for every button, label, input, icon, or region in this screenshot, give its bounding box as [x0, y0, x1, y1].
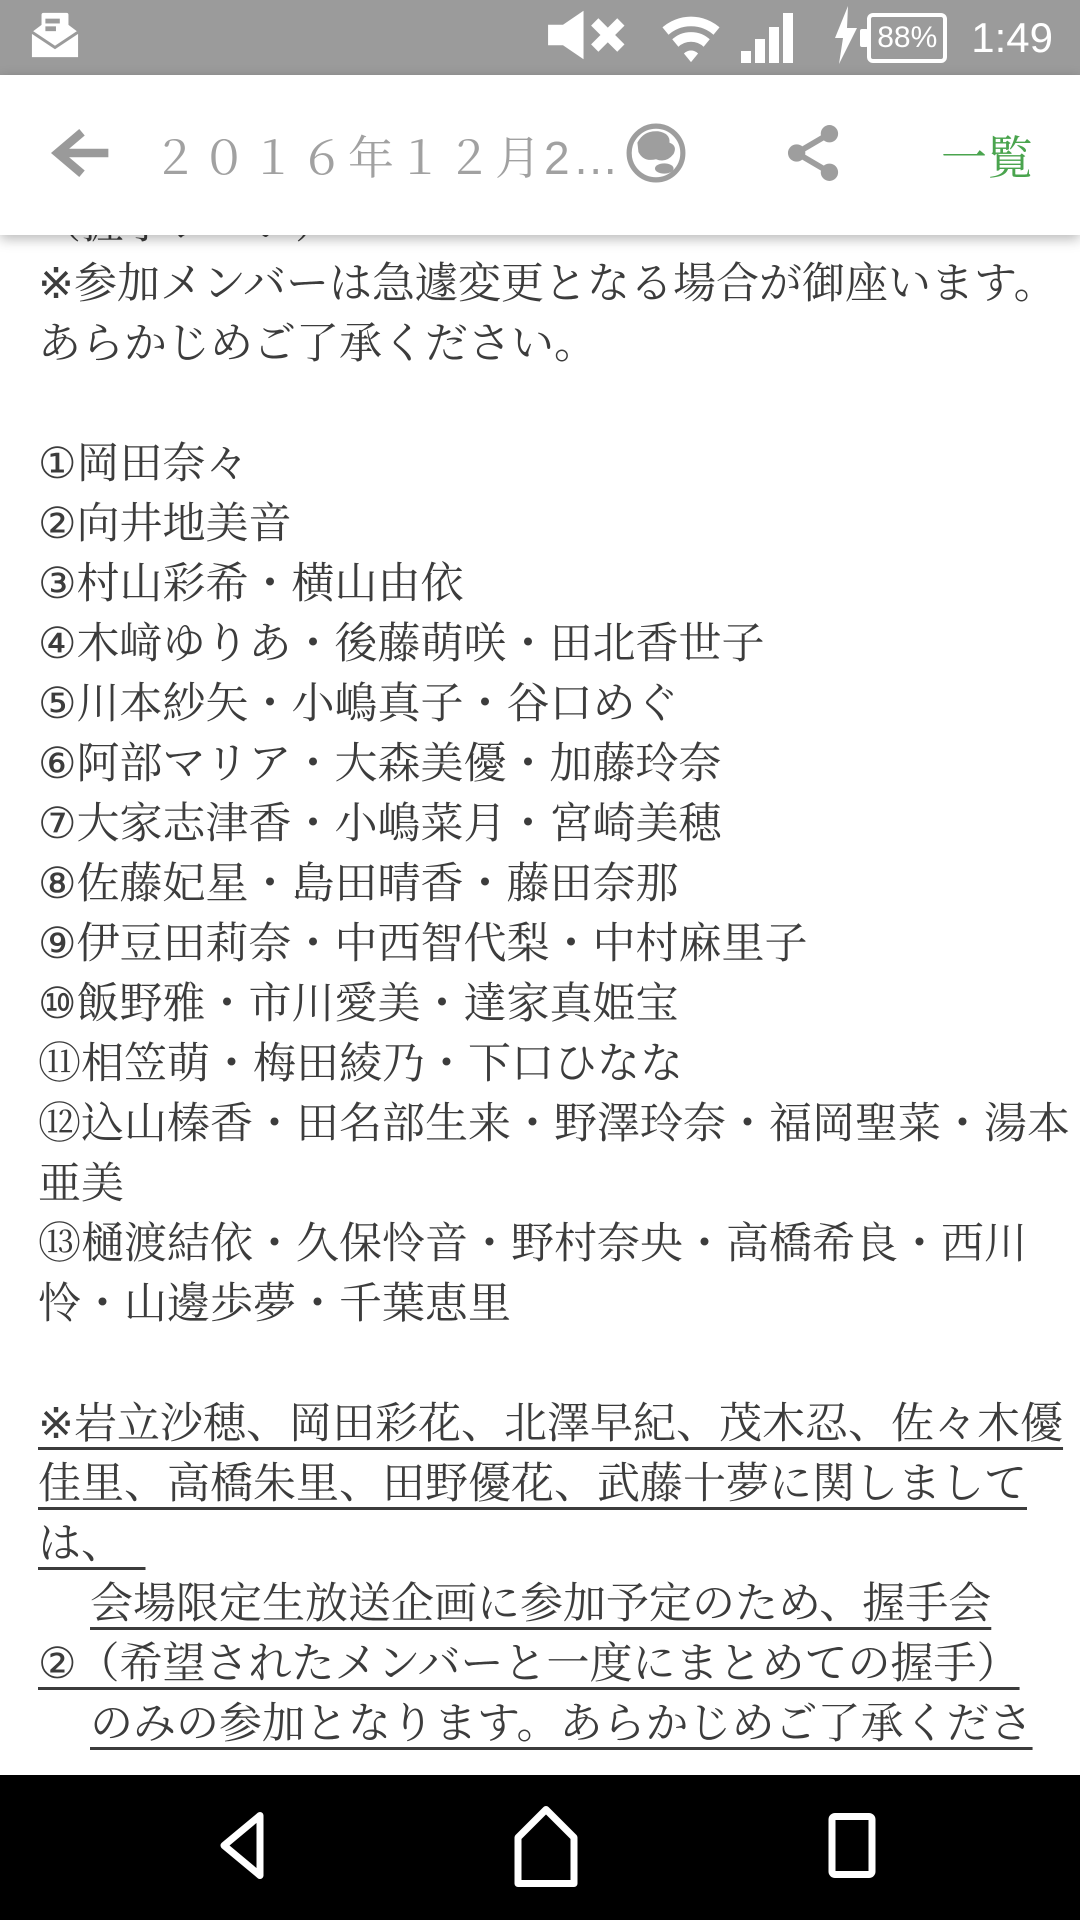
content-area[interactable]: （握手レーン）※参加メンバーは急遽変更となる場合が御座います。あらかじめご了承く… [0, 235, 1080, 1775]
clock: 1:49 [971, 17, 1053, 59]
back-triangle-icon [214, 1809, 270, 1881]
phone-screen: 88% 1:49 ２０１６年１２月2… [0, 0, 1080, 1920]
mail-notification-icon [30, 10, 80, 65]
content-line: 亜美 [38, 1154, 1042, 1214]
content-line: は、 [38, 1514, 1042, 1574]
battery-indicator: 88% [867, 13, 947, 63]
globe-icon [625, 122, 687, 189]
status-bar-right: 88% 1:49 [547, 6, 1053, 69]
content-line: ⑫込山榛香・田名部生来・野澤玲奈・福岡聖菜・湯本 [38, 1094, 1042, 1154]
share-icon [787, 124, 841, 187]
content-line: 怜・山邊歩夢・千葉恵里 [38, 1274, 1042, 1334]
content-line: ⑦大家志津香・小嶋菜月・宮崎美穂 [38, 794, 1042, 854]
content-line: ⑬樋渡結依・久保怜音・野村奈央・高橋希良・西川 [38, 1214, 1042, 1274]
content-line [38, 374, 1042, 434]
content-line: ⑤川本紗矢・小嶋真子・谷口めぐ [38, 674, 1042, 734]
back-arrow-icon [50, 125, 114, 186]
content-line: のみの参加となります。あらかじめご了承くださ [38, 1694, 1042, 1754]
list-action-link[interactable]: 一覧 [941, 122, 1033, 188]
signal-icon [741, 7, 793, 68]
content-line: ※岩立沙穂、岡田彩花、北澤早紀、茂木忍、佐々木優 [38, 1394, 1042, 1454]
content-line: ①岡田奈々 [38, 434, 1042, 494]
content-line: ⑪相笠萌・梅田綾乃・下口ひなな [38, 1034, 1042, 1094]
wifi-icon [659, 6, 723, 69]
battery-percent: 88% [877, 23, 937, 53]
home-icon [508, 1801, 584, 1889]
content-line: ⑧佐藤妃星・島田晴香・藤田奈那 [38, 854, 1042, 914]
back-button[interactable] [50, 127, 114, 183]
share-button[interactable] [787, 124, 841, 187]
navigation-bar [0, 1775, 1080, 1920]
nav-back-button[interactable] [214, 1809, 270, 1886]
mute-icon [547, 7, 635, 68]
nav-recent-apps-button[interactable] [824, 1810, 880, 1885]
content-line: ③村山彩希・横山由依 [38, 554, 1042, 614]
nav-home-button[interactable] [508, 1801, 584, 1894]
member-list-text: （握手レーン）※参加メンバーは急遽変更となる場合が御座います。あらかじめご了承く… [38, 235, 1042, 1754]
content-line: ④木﨑ゆりあ・後藤萌咲・田北香世子 [38, 614, 1042, 674]
page-title: ２０１６年１２月2… [152, 122, 625, 188]
content-line: 会場限定生放送企画に参加予定のため、握手会 [38, 1574, 1042, 1634]
content-line: 佳里、高橋朱里、田野優花、武藤十夢に関しまして [38, 1454, 1042, 1514]
content-line: ②向井地美音 [38, 494, 1042, 554]
status-bar: 88% 1:49 [0, 0, 1080, 75]
content-line: ⑨伊豆田莉奈・中西智代梨・中村麻里子 [38, 914, 1042, 974]
content-line: ⑩飯野雅・市川愛美・達家真姫宝 [38, 974, 1042, 1034]
content-line: ⑥阿部マリア・大森美優・加藤玲奈 [38, 734, 1042, 794]
recent-apps-icon [824, 1810, 880, 1880]
app-header: ２０１６年１２月2… 一覧 [0, 75, 1080, 235]
content-line: あらかじめご了承ください。 [38, 314, 1042, 374]
charging-bolt-icon [833, 6, 859, 69]
content-line: ②（希望されたメンバーと一度にまとめての握手） [38, 1634, 1042, 1694]
content-line: ※参加メンバーは急遽変更となる場合が御座います。 [38, 254, 1042, 314]
content-line [38, 1334, 1042, 1394]
globe-button[interactable] [625, 122, 687, 189]
content-line: （握手レーン） [38, 235, 1042, 254]
